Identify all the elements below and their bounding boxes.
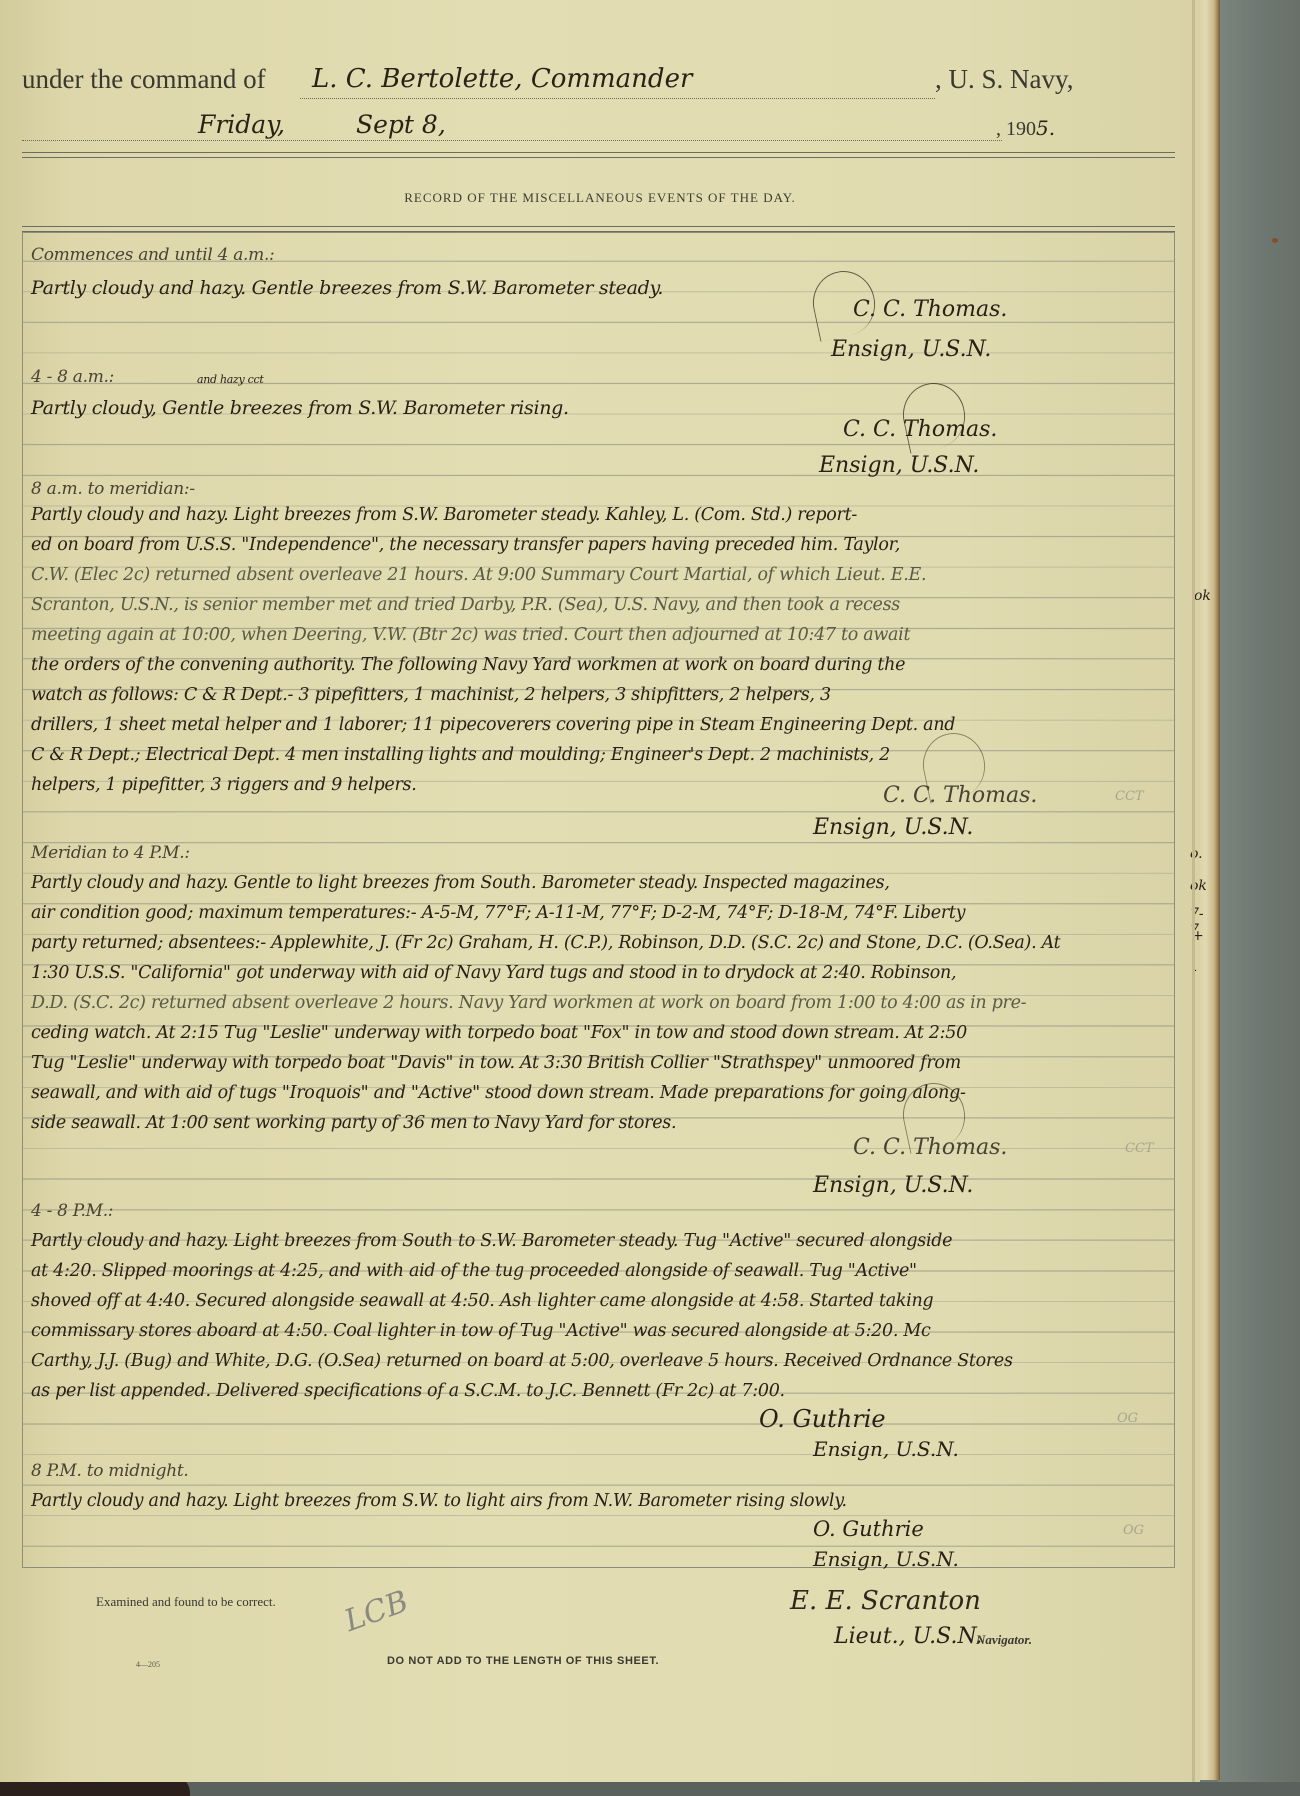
margin-note: - xyxy=(1192,962,1197,978)
log-line: ceding watch. At 2:15 Tug "Leslie" under… xyxy=(31,1023,967,1043)
header-rule xyxy=(22,152,1175,158)
watch-heading: Meridian to 4 P.M.: xyxy=(31,843,190,863)
log-line: Partly cloudy and hazy. Light breezes fr… xyxy=(31,1491,847,1511)
navigator-signature: E. E. Scranton xyxy=(790,1586,981,1616)
watch-heading: 8 P.M. to midnight. xyxy=(31,1461,189,1481)
watch-heading: Commences and until 4 a.m.: xyxy=(31,245,275,265)
margin-note: o. xyxy=(1190,846,1203,862)
log-line: Scranton, U.S.N., is senior member met a… xyxy=(31,595,900,615)
log-line: D.D. (S.C. 2c) returned absent overleave… xyxy=(31,993,1026,1013)
log-line: helpers, 1 pipefitter, 3 riggers and 9 h… xyxy=(31,775,416,795)
commander-fill-line xyxy=(300,98,935,99)
log-line: Partly cloudy and hazy. Light breezes fr… xyxy=(31,1231,952,1251)
signature-name: C. C. Thomas. xyxy=(853,297,1007,322)
form-number: 4—205 xyxy=(136,1660,160,1669)
examiner-initials: LCB xyxy=(340,1584,413,1639)
navigator-label: Navigator. xyxy=(976,1632,1032,1648)
log-line: Partly cloudy and hazy. Gentle to light … xyxy=(31,873,890,893)
log-page: under the command of L. C. Bertolette, C… xyxy=(0,0,1200,1782)
log-line: Tug "Leslie" underway with torpedo boat … xyxy=(31,1053,961,1073)
commander-name: L. C. Bertolette, Commander xyxy=(312,64,692,94)
weekday: Friday, xyxy=(198,110,285,139)
signature-name: C. C. Thomas. xyxy=(843,417,997,442)
watch-initials: OG xyxy=(1117,1411,1138,1426)
service-suffix: , U. S. Navy, xyxy=(935,64,1074,95)
watch-heading: 8 a.m. to meridian:- xyxy=(31,479,195,499)
command-line: under the command of xyxy=(22,64,266,95)
examined-label: Examined and found to be correct. xyxy=(96,1594,276,1610)
log-line: Partly cloudy and hazy. Light breezes fr… xyxy=(31,505,857,525)
signature-rank: Ensign, U.S.N. xyxy=(819,453,979,478)
log-line: Partly cloudy, Gentle breezes from S.W. … xyxy=(31,397,569,419)
log-line: shoved off at 4:40. Secured alongside se… xyxy=(31,1291,933,1311)
margin-note: + xyxy=(1192,928,1204,944)
log-line: C & R Dept.; Electrical Dept. 4 men inst… xyxy=(31,745,890,765)
log-line: at 4:20. Slipped moorings at 4:25, and w… xyxy=(31,1261,917,1281)
date-fill-line xyxy=(22,140,1002,141)
log-line: as per list appended. Delivered specific… xyxy=(31,1381,785,1401)
log-line: seawall, and with aid of tugs "Iroquois"… xyxy=(31,1083,966,1103)
watch-initials: CCT xyxy=(1115,789,1144,804)
bottom-shadow xyxy=(0,1782,1300,1796)
stain-spot xyxy=(1272,238,1278,243)
signature-name: O. Guthrie xyxy=(759,1405,886,1433)
margin-note: ok xyxy=(1190,878,1207,894)
log-line: watch as follows: C & R Dept.- 3 pipefit… xyxy=(31,685,831,705)
sheet-notice: DO NOT ADD TO THE LENGTH OF THIS SHEET. xyxy=(387,1655,659,1667)
margin-note: ok xyxy=(1194,588,1211,604)
log-line: party returned; absentees:- Applewhite, … xyxy=(31,933,1060,953)
log-line: 1:30 U.S.S. "California" got underway wi… xyxy=(31,963,956,983)
log-line: side seawall. At 1:00 sent working party… xyxy=(31,1113,676,1133)
log-line: Partly cloudy and hazy. Gentle breezes f… xyxy=(31,277,663,299)
year: , 1905. xyxy=(996,116,1055,141)
watch-heading: 4 - 8 P.M.: xyxy=(31,1201,113,1221)
watch-initials: CCT xyxy=(1125,1141,1154,1156)
watch-initials: OG xyxy=(1123,1523,1144,1538)
signature-rank: Ensign, U.S.N. xyxy=(813,1547,959,1571)
insertion-note: and hazy cct xyxy=(197,373,263,386)
signature-rank: Ensign, U.S.N. xyxy=(831,337,991,362)
log-line: the orders of the convening authority. T… xyxy=(31,655,905,675)
events-log: Commences and until 4 a.m.: Partly cloud… xyxy=(22,232,1175,1568)
log-line: drillers, 1 sheet metal helper and 1 lab… xyxy=(31,715,955,735)
log-line: meeting again at 10:00, when Deering, V.… xyxy=(31,625,910,645)
date: Sept 8, xyxy=(356,110,446,139)
navigator-rank: Lieut., U.S.N. xyxy=(834,1624,982,1649)
log-line: ed on board from U.S.S. "Independence", … xyxy=(31,535,900,555)
command-prefix: under the command of xyxy=(22,64,266,94)
signature-name: O. Guthrie xyxy=(813,1517,924,1541)
year-prefix: , 190 xyxy=(996,118,1036,140)
signature-rank: Ensign, U.S.N. xyxy=(813,1437,959,1461)
log-line: Carthy, J.J. (Bug) and White, D.G. (O.Se… xyxy=(31,1351,1013,1371)
year-suffix: 5. xyxy=(1036,116,1055,140)
signature-name: C. C. Thomas. xyxy=(883,783,1037,808)
log-line: air condition good; maximum temperatures… xyxy=(31,903,965,923)
log-line: C.W. (Elec 2c) returned absent overleave… xyxy=(31,565,926,585)
signature-rank: Ensign, U.S.N. xyxy=(813,815,973,840)
signature-name: C. C. Thomas. xyxy=(853,1135,1007,1160)
log-line: commissary stores aboard at 4:50. Coal l… xyxy=(31,1321,931,1341)
signature-rank: Ensign, U.S.N. xyxy=(813,1173,973,1198)
section-title: RECORD OF THE MISCELLANEOUS EVENTS OF TH… xyxy=(0,190,1200,206)
backdrop xyxy=(1218,0,1300,1796)
watch-heading: 4 - 8 a.m.: xyxy=(31,367,114,387)
